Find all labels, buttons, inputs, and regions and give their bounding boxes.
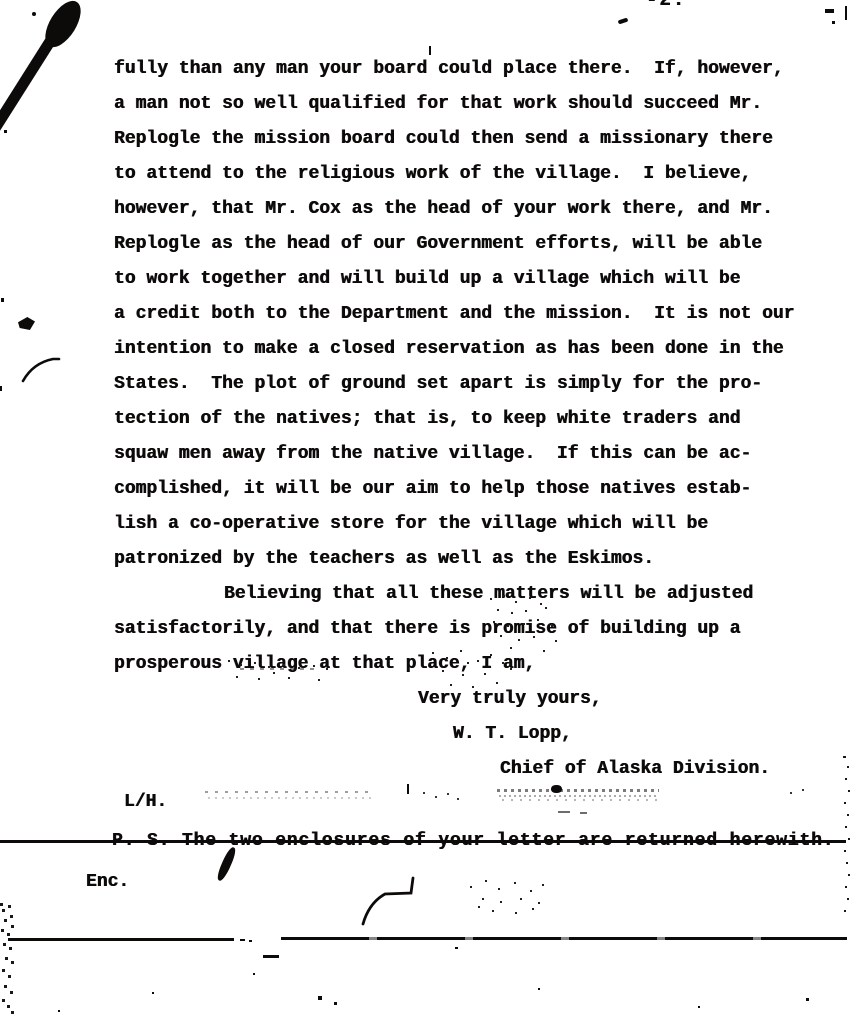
ink-blot <box>215 846 238 883</box>
body-line: prosperous village at that place, I am, <box>114 647 834 682</box>
paragraph-1: fully than any man your board could plac… <box>114 52 834 577</box>
scan-speck <box>4 130 7 133</box>
body-line: a man not so well qualified for that wor… <box>114 87 834 122</box>
scan-line <box>8 938 234 941</box>
scan-speck <box>152 992 154 994</box>
scan-speck <box>1 298 4 302</box>
body-line: complished, it will be our aim to help t… <box>114 472 834 507</box>
body-line: lish a co-operative store for the villag… <box>114 507 834 542</box>
scan-speck <box>825 9 834 13</box>
signature-name: W. T. Lopp, <box>453 717 834 752</box>
closing-block: Very truly yours, W. T. Lopp, Chief of A… <box>114 682 834 787</box>
signature-title: Chief of Alaska Division. <box>500 752 834 787</box>
scan-speck <box>334 1002 337 1005</box>
scan-speck <box>429 46 431 55</box>
scan-speck <box>253 973 255 975</box>
body-line: tection of the natives; that is, to keep… <box>114 402 834 437</box>
scan-speck <box>538 988 540 990</box>
ink-speckles <box>485 595 487 597</box>
body-line: Replogle as the head of our Government e… <box>114 227 834 262</box>
scanned-letter-page: -2. fully than any man your board could … <box>0 0 850 1019</box>
strikethrough-line <box>0 840 846 843</box>
paragraph-2: Believing that all these matters will be… <box>114 577 834 682</box>
body-line: squaw men away from the native village. … <box>114 437 834 472</box>
pen-stroke-topleft <box>0 0 100 135</box>
valediction: Very truly yours, <box>418 682 834 717</box>
body-line: Replogle the mission board could then se… <box>114 122 834 157</box>
scan-speck <box>832 21 835 24</box>
letter-body: fully than any man your board could plac… <box>114 52 834 787</box>
body-line: patronized by the teachers as well as th… <box>114 542 834 577</box>
scan-speck <box>263 955 279 958</box>
body-line: intention to make a closed reservation a… <box>114 332 834 367</box>
enclosure-note: Enc. <box>86 872 129 892</box>
typist-initials: L/H. <box>124 792 167 812</box>
scan-speck <box>407 784 409 794</box>
body-line: however, that Mr. Cox as the head of you… <box>114 192 834 227</box>
ink-blot <box>551 785 562 793</box>
scan-speck <box>698 1006 700 1008</box>
ink-speckles <box>470 876 472 878</box>
scan-speck <box>845 6 847 20</box>
scan-line <box>281 937 847 940</box>
body-line: a credit both to the Department and the … <box>114 297 834 332</box>
body-line: to work together and will build up a vil… <box>114 262 834 297</box>
body-line: satisfactorily, and that there is promis… <box>114 612 834 647</box>
scan-speck <box>249 940 252 942</box>
scan-speck <box>618 18 629 25</box>
scan-speck <box>455 947 458 949</box>
scan-speck <box>580 812 587 814</box>
correction-smudge <box>497 783 659 802</box>
page-number: -2. <box>646 0 686 8</box>
ink-speckles <box>423 790 425 792</box>
body-line: fully than any man your board could plac… <box>114 52 834 87</box>
scan-speck <box>240 939 245 941</box>
ink-speckles <box>228 652 230 654</box>
ink-speckles <box>240 668 320 670</box>
scan-speck <box>318 996 322 1000</box>
scan-speck <box>806 998 809 1001</box>
body-line: Believing that all these matters will be… <box>114 577 834 612</box>
pen-curve-mark <box>352 866 422 928</box>
scan-speck <box>58 1010 60 1012</box>
correction-smudge <box>205 787 373 800</box>
scan-edge-noise <box>843 756 845 758</box>
margin-hook-mark <box>19 355 61 385</box>
body-line: to attend to the religious work of the v… <box>114 157 834 192</box>
scan-speck <box>0 386 2 391</box>
margin-ink-blot <box>18 317 35 330</box>
scan-speck <box>558 811 570 813</box>
scan-edge-noise <box>0 903 3 906</box>
body-line: States. The plot of ground set apart is … <box>114 367 834 402</box>
ink-speckles <box>780 788 782 790</box>
ink-speckles <box>432 648 434 650</box>
